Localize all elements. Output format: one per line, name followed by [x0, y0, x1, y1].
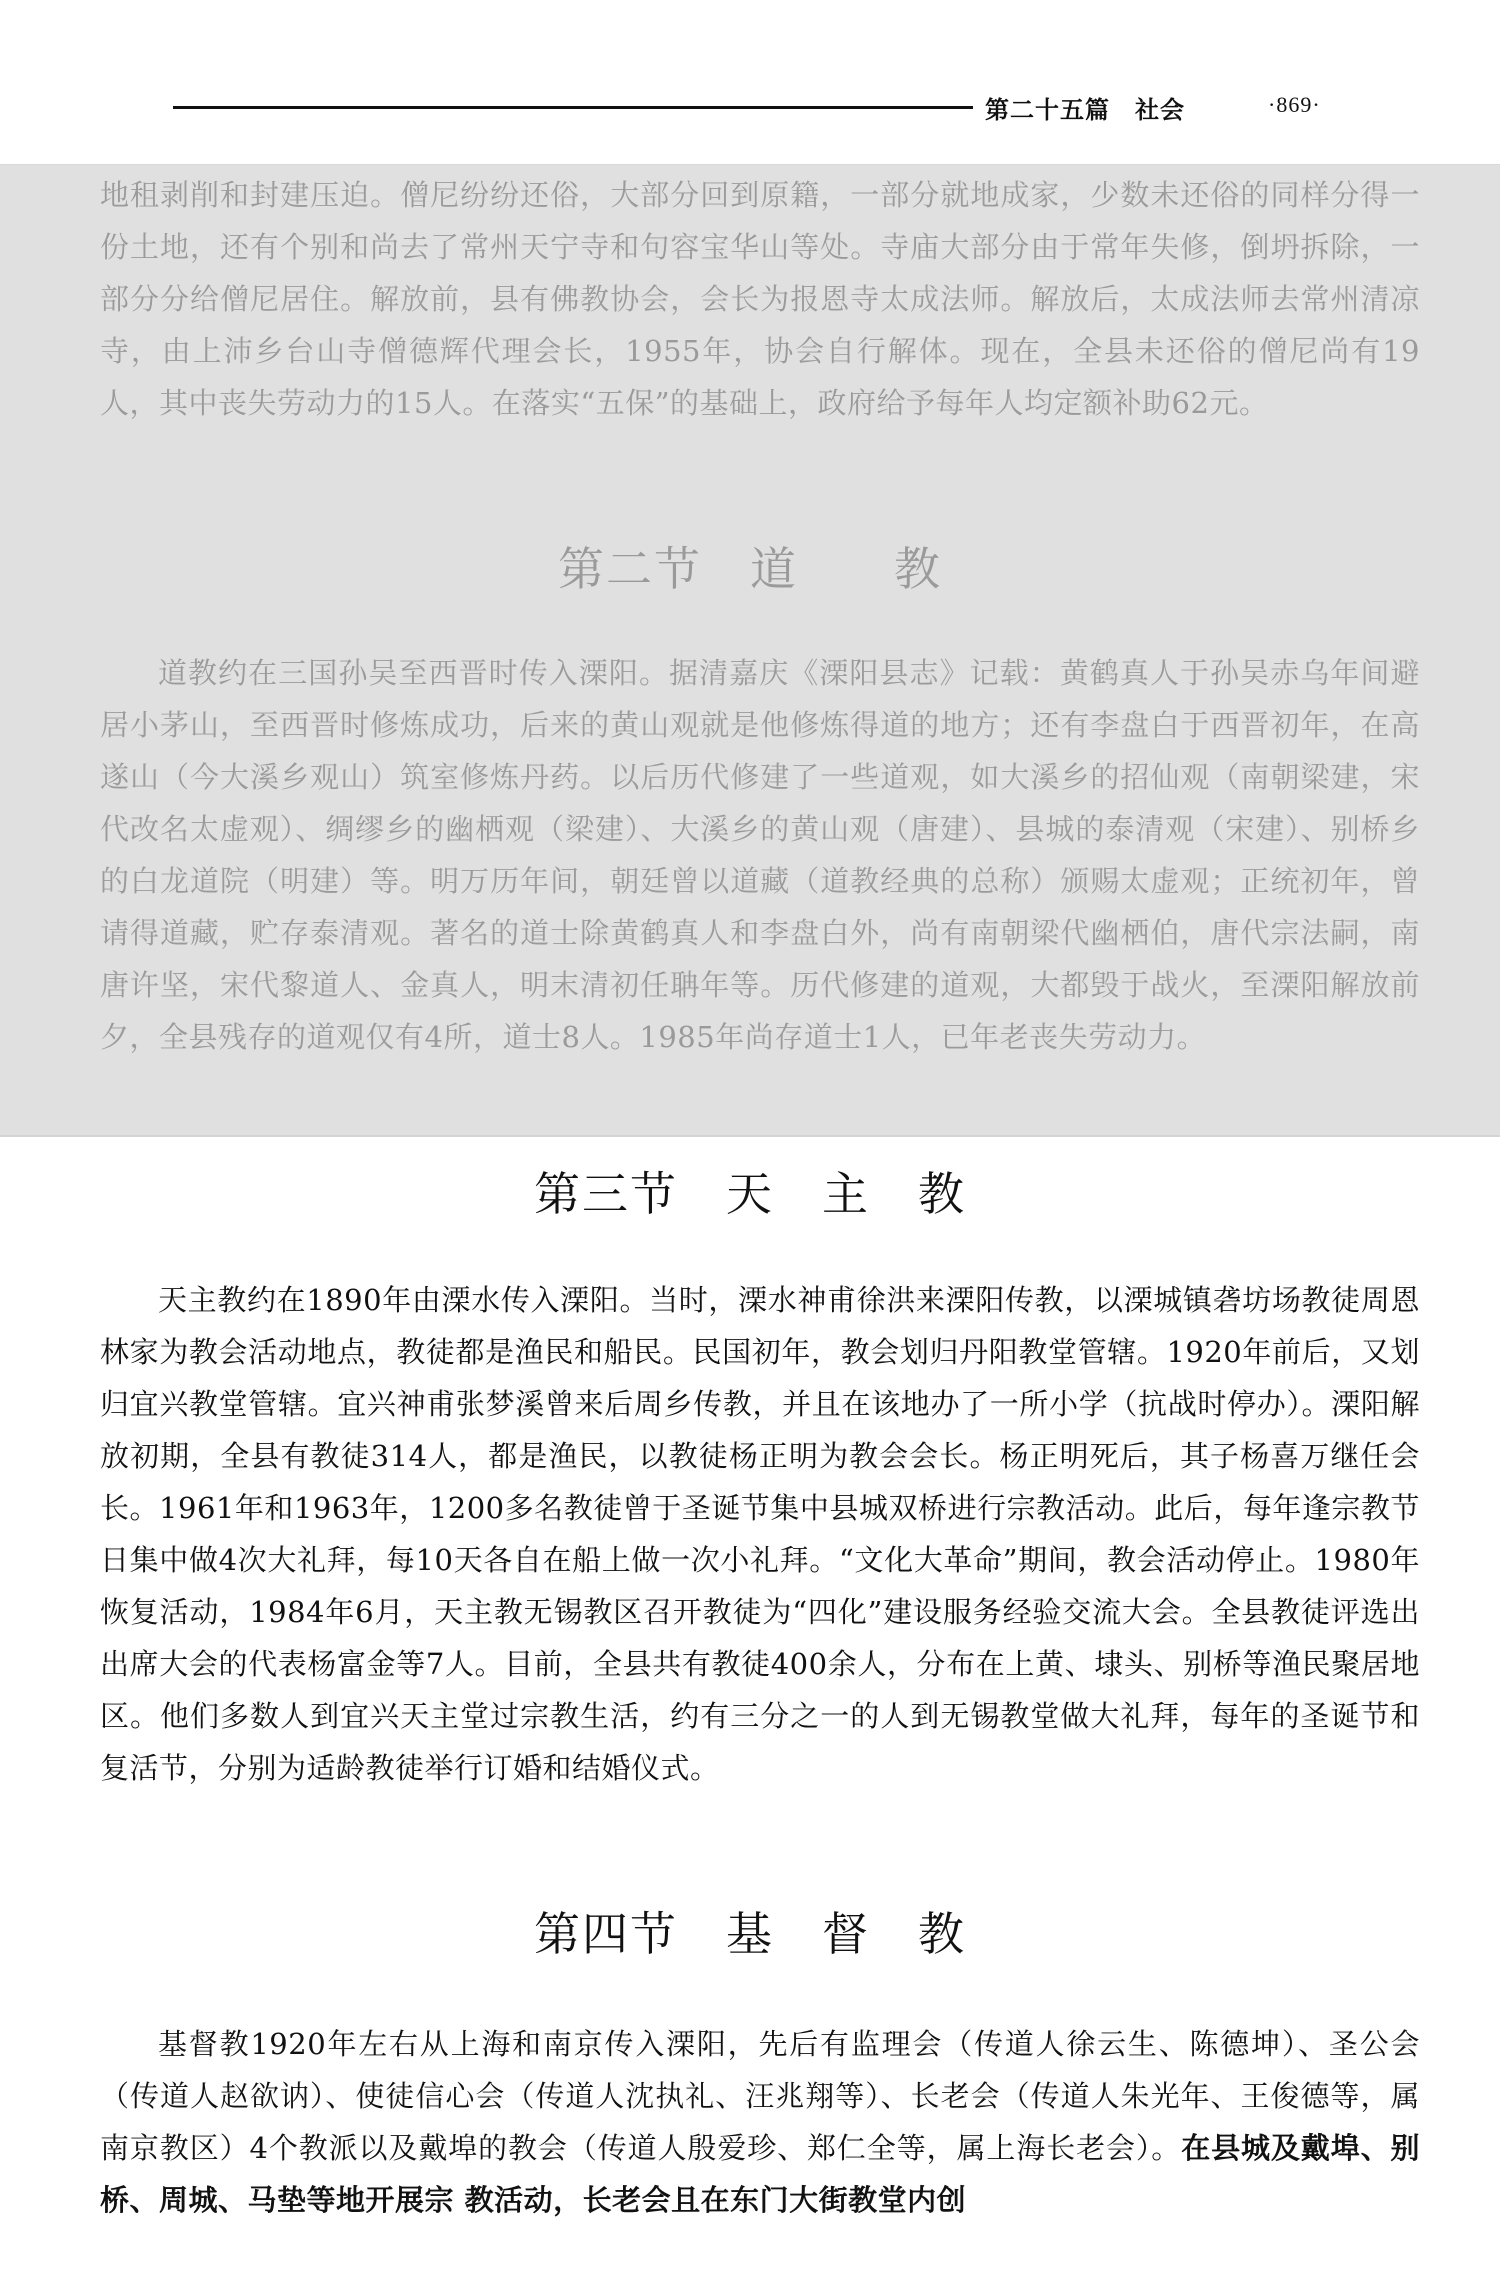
- christianity-paragraph: 基督教1920年左右从上海和南京传入溧阳，先后有监理会（传道人徐云生、陈德坤）、…: [100, 2018, 1420, 2226]
- header-rule: [173, 106, 973, 109]
- catholicism-paragraph: 天主教约在1890年由溧水传入溧阳。当时，溧水神甫徐洪来溧阳传教，以溧城镇砻坊场…: [100, 1274, 1420, 1794]
- buddhism-paragraph-tail: 地租剥削和封建压迫。僧尼纷纷还俗，大部分回到原籍，一部分就地成家，少数未还俗的同…: [100, 169, 1420, 429]
- section-title-taoism: 第二节 道 教: [0, 533, 1500, 599]
- section-title-catholicism: 第三节 天 主 教: [0, 1158, 1500, 1224]
- highlighted-text-region: 地租剥削和封建压迫。僧尼纷纷还俗，大部分回到原籍，一部分就地成家，少数未还俗的同…: [0, 164, 1500, 1137]
- chapter-title: 第二十五篇 社会: [985, 90, 1185, 125]
- page-number: ·869·: [1268, 92, 1321, 118]
- taoism-paragraph: 道教约在三国孙吴至西晋时传入溧阳。据清嘉庆《溧阳县志》记载：黄鹤真人于孙吴赤乌年…: [100, 647, 1420, 1063]
- running-header: 第二十五篇 社会 ·869·: [0, 88, 1500, 128]
- section-title-christianity: 第四节 基 督 教: [0, 1898, 1500, 1964]
